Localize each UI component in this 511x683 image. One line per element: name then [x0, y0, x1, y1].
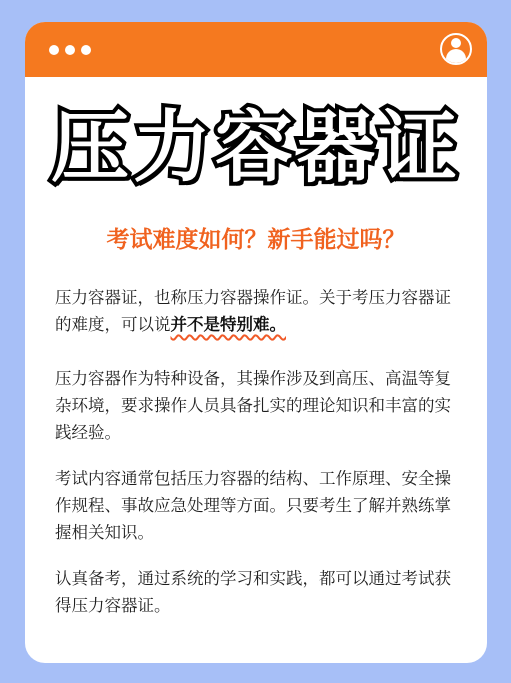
dot — [81, 45, 91, 55]
highlighted-text: 并不是特别难。 — [171, 315, 287, 334]
page-title: 压力容器证 — [25, 98, 487, 198]
dot — [49, 45, 59, 55]
avatar-body — [446, 49, 466, 65]
three-dots-icon[interactable] — [49, 45, 91, 55]
user-avatar-icon[interactable] — [440, 33, 472, 65]
content-card: 压力容器证 考试难度如何？新手能过吗？ 压力容器证，也称压力容器操作证。关于考压… — [25, 22, 487, 663]
paragraph-2: 压力容器作为特种设备，其操作涉及到高压、高温等复杂环境，要求操作人员具备扎实的理… — [55, 365, 465, 446]
paragraph-4: 认真备考，通过系统的学习和实践，都可以通过考试获得压力容器证。 — [55, 565, 465, 619]
dot — [65, 45, 75, 55]
card-header — [25, 22, 487, 77]
paragraph-1: 压力容器证，也称压力容器操作证。关于考压力容器证的难度，可以说并不是特别难。 — [55, 284, 465, 338]
subtitle: 考试难度如何？新手能过吗？ — [25, 222, 487, 258]
paragraph-3: 考试内容通常包括压力容器的结构、工作原理、安全操作规程、事故应急处理等方面。只要… — [55, 465, 465, 546]
avatar-head — [451, 38, 461, 48]
